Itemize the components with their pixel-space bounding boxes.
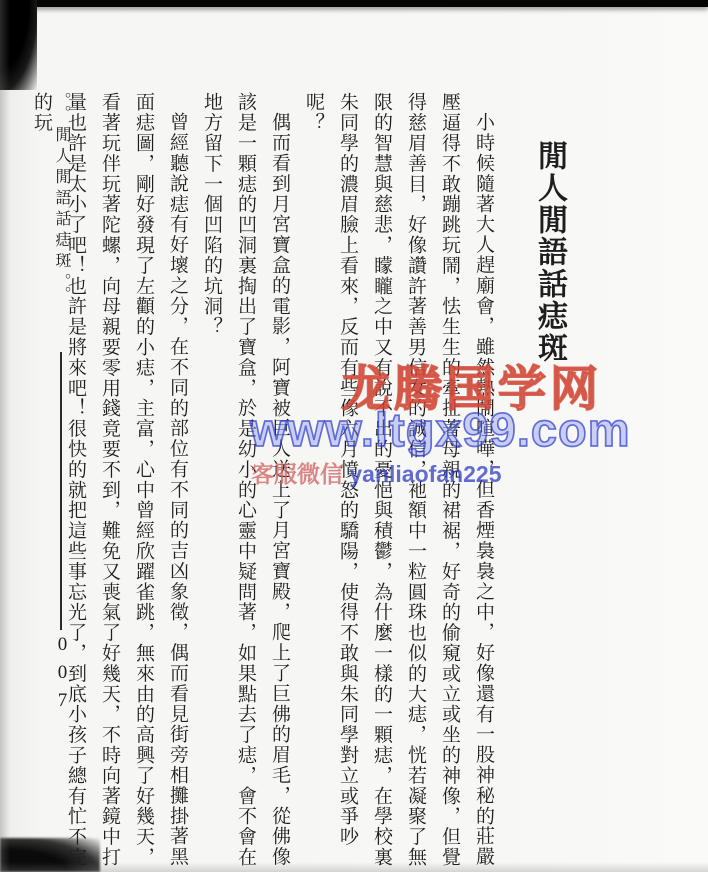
scan-left-edge-shading	[0, 0, 10, 872]
paragraph: 曾經聽說痣有好壞之分，在不同的部位有不同的吉凶象徵，偶而看見街旁相攤掛著黑面痣圖…	[24, 92, 194, 872]
scan-top-black-bar	[0, 0, 708, 7]
chapter-title: 閒人閒語話痣斑	[526, 92, 572, 872]
body-text: 閒人閒語話痣斑 小時候隨著大人趕廟會，雖然熱鬧喧嘩，但香煙裊裊之中，好像還有一股…	[24, 92, 572, 872]
paragraph: 偶而看到月宮寶盒的電影，阿寶被巨人送上了月宮寶殿，爬上了巨佛的眉毛，從佛像該是一…	[194, 92, 296, 872]
scanned-book-page: 。。閒人閒語話痣斑。。 007 閒人閒語話痣斑 小時候隨著大人趕廟會，雖然熱鬧喧…	[0, 0, 708, 872]
paragraph: 小時候隨著大人趕廟會，雖然熱鬧喧嘩，但香煙裊裊之中，好像還有一股神秘的莊嚴壓逼得…	[296, 92, 500, 872]
